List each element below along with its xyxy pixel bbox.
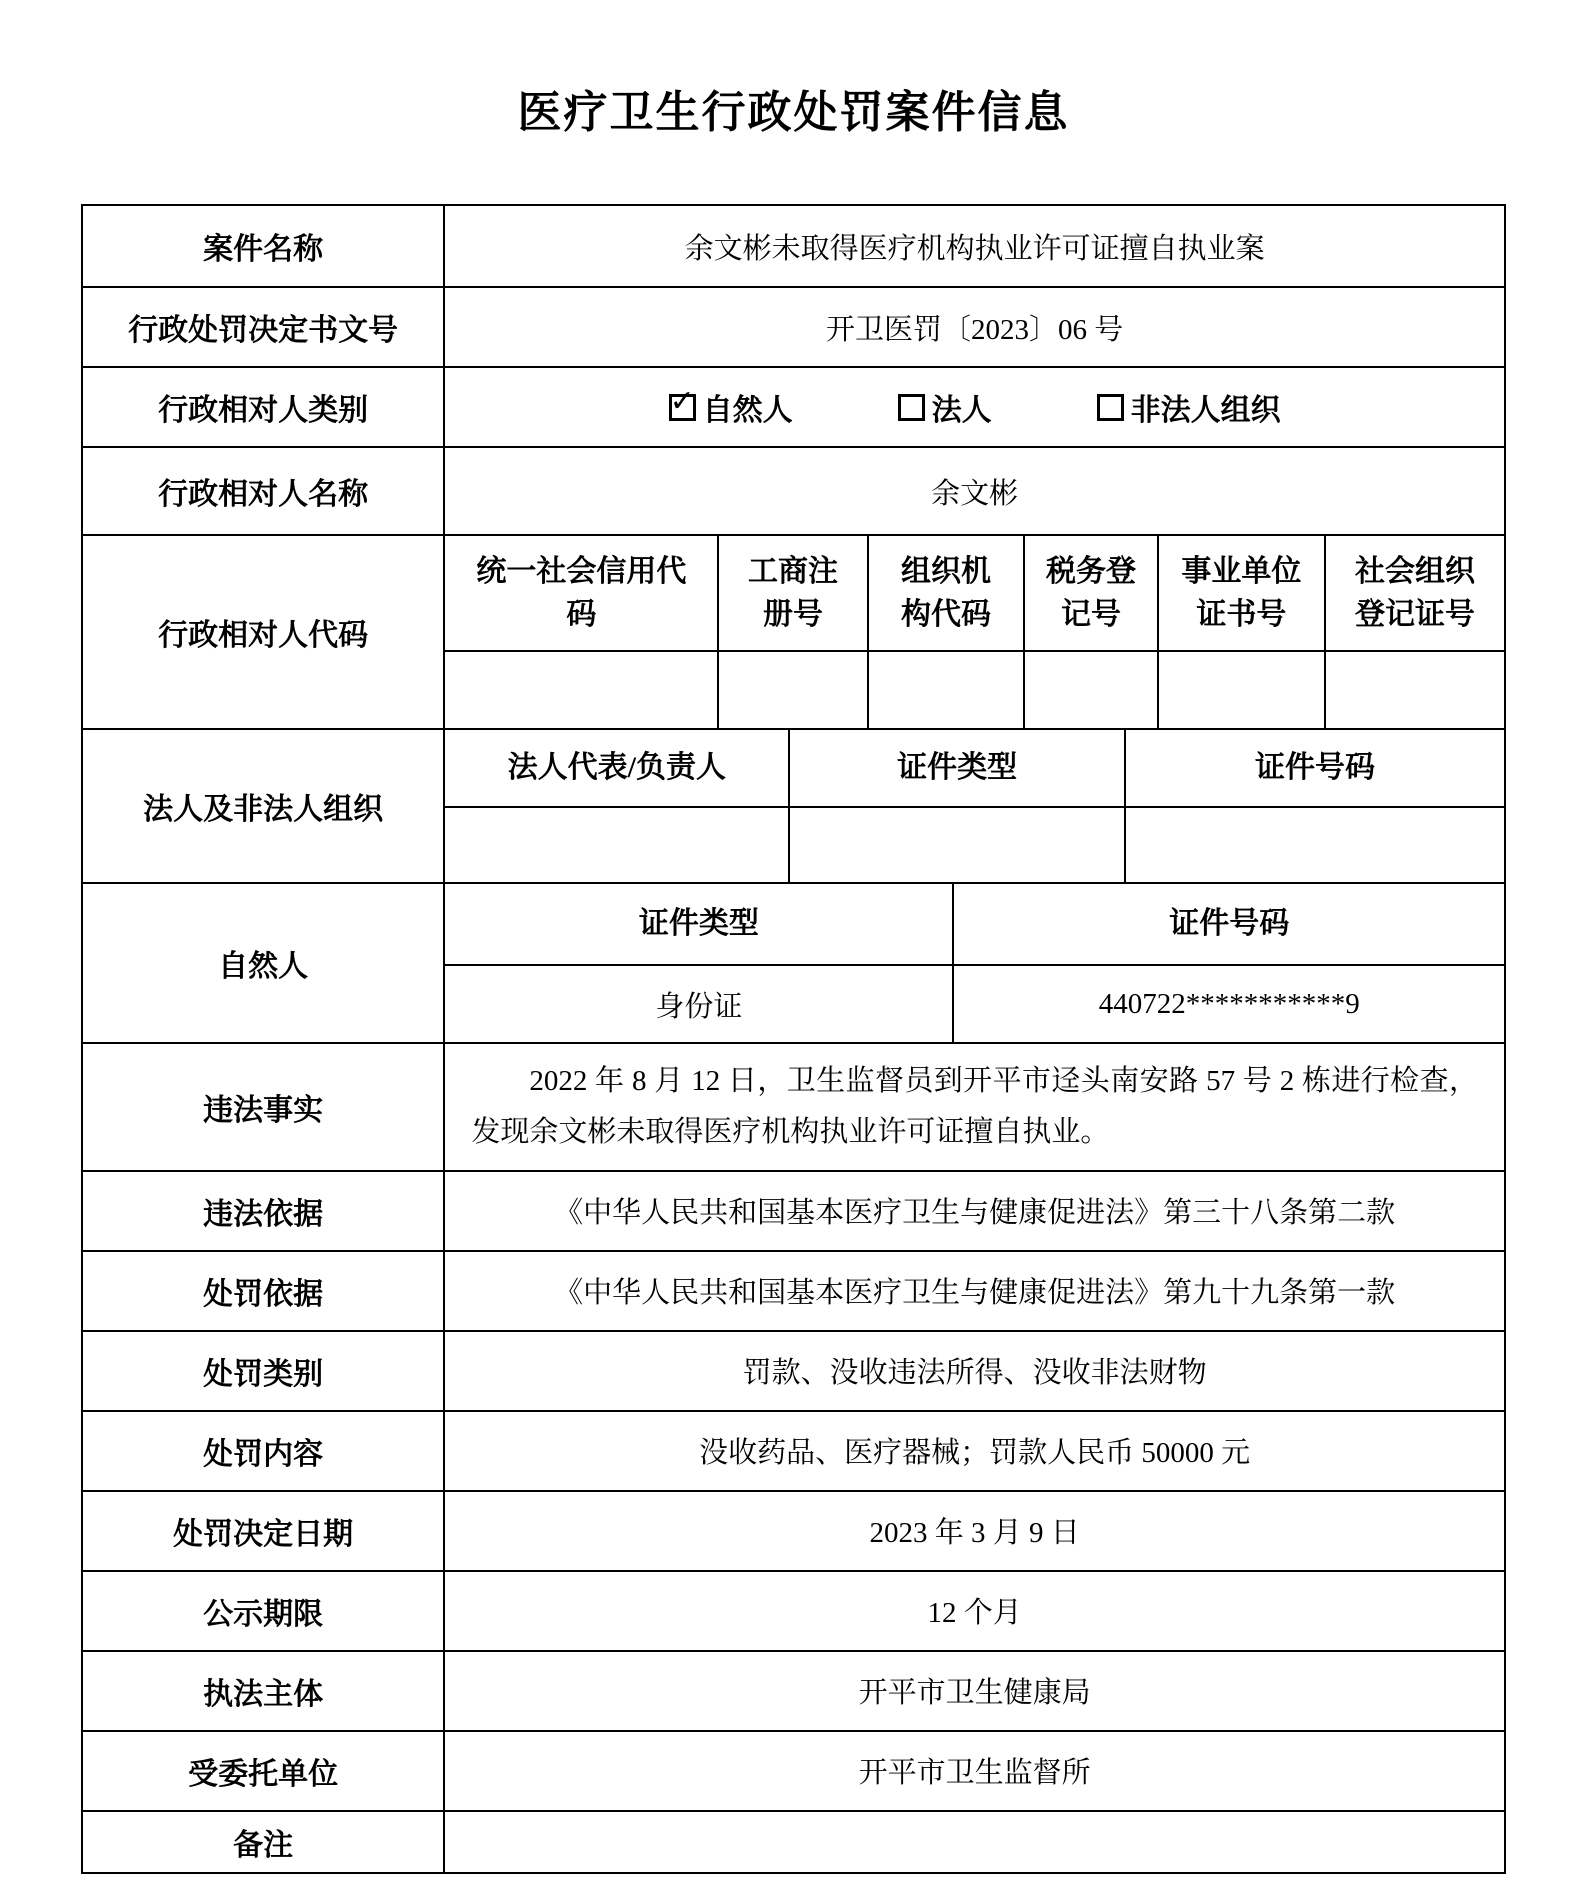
checked-checkbox-icon: ✓ <box>669 394 696 421</box>
checkbox-unincorporated-org: 非法人组织 <box>1097 385 1281 429</box>
tax-registration-number-value <box>1023 652 1156 728</box>
subtable-header-row: 统一社会信用代码 工商注册号 组织机构代码 税务登记号 事业单位证书号 社会组织… <box>445 536 1504 650</box>
legal-entity-label: 法人及非法人组织 <box>83 730 445 882</box>
table-row: 处罚依据 《中华人民共和国基本医疗卫生与健康促进法》第九十九条第一款 <box>83 1250 1504 1330</box>
certificate-type-value <box>788 808 1124 882</box>
empty-checkbox-icon <box>1097 394 1124 421</box>
empty-checkbox-icon <box>898 394 925 421</box>
table-row: 受委托单位 开平市卫生监督所 <box>83 1730 1504 1810</box>
party-type-value: ✓ 自然人 法人 非法人组织 <box>445 368 1504 446</box>
entrusted-unit-value: 开平市卫生监督所 <box>445 1732 1504 1810</box>
table-row: 案件名称 余文彬未取得医疗机构执业许可证擅自执业案 <box>83 206 1504 286</box>
entrusted-unit-label: 受委托单位 <box>83 1732 445 1810</box>
table-row: 处罚决定日期 2023 年 3 月 9 日 <box>83 1490 1504 1570</box>
party-name-label: 行政相对人名称 <box>83 448 445 534</box>
table-row: 处罚类别 罚款、没收违法所得、没收非法财物 <box>83 1330 1504 1410</box>
table-row: 执法主体 开平市卫生健康局 <box>83 1650 1504 1730</box>
table-row: 公示期限 12 个月 <box>83 1570 1504 1650</box>
publicity-period-value: 12 个月 <box>445 1572 1504 1650</box>
subtable-value-row <box>445 806 1504 882</box>
penalty-decision-date-value: 2023 年 3 月 9 日 <box>445 1492 1504 1570</box>
subtable-value-row <box>445 650 1504 728</box>
case-name-value: 余文彬未取得医疗机构执业许可证擅自执业案 <box>445 206 1504 286</box>
checkbox-natural-person: ✓ 自然人 <box>669 385 793 429</box>
certificate-type-header: 证件类型 <box>445 884 952 964</box>
checkbox-label: 自然人 <box>703 385 793 429</box>
subtable-value-row: 身份证 440722***********9 <box>445 964 1504 1042</box>
legal-representative-header: 法人代表/负责人 <box>445 730 788 806</box>
certificate-number-header: 证件号码 <box>1124 730 1504 806</box>
party-type-label: 行政相对人类别 <box>83 368 445 446</box>
penalty-content-value: 没收药品、医疗器械；罚款人民币 50000 元 <box>445 1412 1504 1490</box>
case-name-label: 案件名称 <box>83 206 445 286</box>
violation-facts-value: 2022 年 8 月 12 日，卫生监督员到开平市迳头南安路 57 号 2 栋进… <box>445 1044 1504 1170</box>
penalty-info-table: 案件名称 余文彬未取得医疗机构执业许可证擅自执业案 行政处罚决定书文号 开卫医罚… <box>81 204 1506 1874</box>
certificate-type-value: 身份证 <box>445 966 952 1042</box>
remarks-value <box>445 1812 1504 1872</box>
penalty-category-value: 罚款、没收违法所得、没收非法财物 <box>445 1332 1504 1410</box>
natural-person-label: 自然人 <box>83 884 445 1042</box>
public-institution-cert-header: 事业单位证书号 <box>1157 536 1324 650</box>
penalty-basis-label: 处罚依据 <box>83 1252 445 1330</box>
table-row: 行政相对人名称 余文彬 <box>83 446 1504 534</box>
decision-doc-number-value: 开卫医罚〔2023〕06 号 <box>445 288 1504 366</box>
table-row: 处罚内容 没收药品、医疗器械；罚款人民币 50000 元 <box>83 1410 1504 1490</box>
organization-code-value <box>867 652 1024 728</box>
checkbox-legal-person: 法人 <box>898 385 992 429</box>
check-icon: ✓ <box>670 387 695 417</box>
table-row: 法人及非法人组织 法人代表/负责人 证件类型 证件号码 <box>83 728 1504 882</box>
subtable-header-row: 证件类型 证件号码 <box>445 884 1504 964</box>
violation-basis-value: 《中华人民共和国基本医疗卫生与健康促进法》第三十八条第二款 <box>445 1172 1504 1250</box>
penalty-basis-value: 《中华人民共和国基本医疗卫生与健康促进法》第九十九条第一款 <box>445 1252 1504 1330</box>
table-row: 行政相对人代码 统一社会信用代码 工商注册号 组织机构代码 税务登记号 事业单位… <box>83 534 1504 728</box>
penalty-content-label: 处罚内容 <box>83 1412 445 1490</box>
table-row: 违法依据 《中华人民共和国基本医疗卫生与健康促进法》第三十八条第二款 <box>83 1170 1504 1250</box>
publicity-period-label: 公示期限 <box>83 1572 445 1650</box>
checkbox-label: 法人 <box>932 385 992 429</box>
certificate-number-value: 440722***********9 <box>952 966 1504 1042</box>
legal-representative-value <box>445 808 788 882</box>
business-registration-number-value <box>717 652 866 728</box>
social-org-registration-header: 社会组织登记证号 <box>1324 536 1504 650</box>
table-row: 自然人 证件类型 证件号码 身份证 440722***********9 <box>83 882 1504 1042</box>
table-row: 备注 <box>83 1810 1504 1872</box>
party-code-subtable: 统一社会信用代码 工商注册号 组织机构代码 税务登记号 事业单位证书号 社会组织… <box>445 536 1504 728</box>
table-row: 行政相对人类别 ✓ 自然人 法人 非法人组织 <box>83 366 1504 446</box>
page-title: 医疗卫生行政处罚案件信息 <box>0 76 1587 140</box>
certificate-number-header: 证件号码 <box>952 884 1504 964</box>
party-name-value: 余文彬 <box>445 448 1504 534</box>
enforcement-authority-label: 执法主体 <box>83 1652 445 1730</box>
unified-social-credit-code-value <box>445 652 717 728</box>
checkbox-label: 非法人组织 <box>1131 385 1281 429</box>
remarks-label: 备注 <box>83 1812 445 1872</box>
document-page: 医疗卫生行政处罚案件信息 案件名称 余文彬未取得医疗机构执业许可证擅自执业案 行… <box>0 0 1587 1874</box>
subtable-header-row: 法人代表/负责人 证件类型 证件号码 <box>445 730 1504 806</box>
table-row: 行政处罚决定书文号 开卫医罚〔2023〕06 号 <box>83 286 1504 366</box>
public-institution-cert-value <box>1157 652 1324 728</box>
party-code-label: 行政相对人代码 <box>83 536 445 728</box>
penalty-decision-date-label: 处罚决定日期 <box>83 1492 445 1570</box>
legal-entity-subtable: 法人代表/负责人 证件类型 证件号码 <box>445 730 1504 882</box>
penalty-category-label: 处罚类别 <box>83 1332 445 1410</box>
organization-code-header: 组织机构代码 <box>867 536 1024 650</box>
business-registration-number-header: 工商注册号 <box>717 536 866 650</box>
unified-social-credit-code-header: 统一社会信用代码 <box>445 536 717 650</box>
certificate-number-value <box>1124 808 1504 882</box>
tax-registration-number-header: 税务登记号 <box>1023 536 1156 650</box>
social-org-registration-value <box>1324 652 1504 728</box>
violation-basis-label: 违法依据 <box>83 1172 445 1250</box>
table-row: 违法事实 2022 年 8 月 12 日，卫生监督员到开平市迳头南安路 57 号… <box>83 1042 1504 1170</box>
decision-doc-number-label: 行政处罚决定书文号 <box>83 288 445 366</box>
certificate-type-header: 证件类型 <box>788 730 1124 806</box>
violation-facts-label: 违法事实 <box>83 1044 445 1170</box>
enforcement-authority-value: 开平市卫生健康局 <box>445 1652 1504 1730</box>
natural-person-subtable: 证件类型 证件号码 身份证 440722***********9 <box>445 884 1504 1042</box>
